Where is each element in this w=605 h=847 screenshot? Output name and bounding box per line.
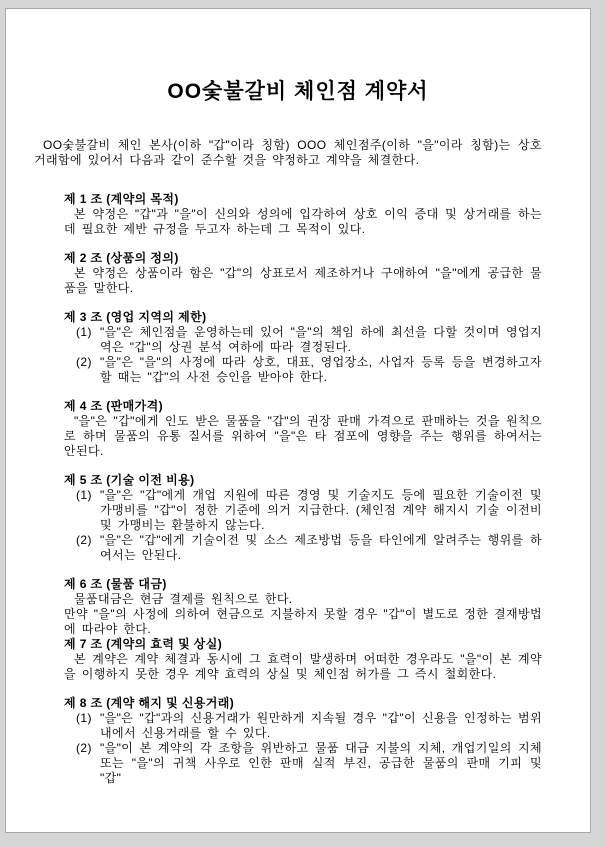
item-number: (1) [76,325,100,355]
list-item: (2) "을"은 "을"의 사정에 따라 상호, 대표, 영업장소, 사업자 등… [64,355,542,385]
article-4: 제 4 조 (판매가격) "을"은 "갑"에게 인도 받은 물품을 "갑"의 권… [64,399,542,459]
article-8: 제 8 조 (계약 해지 및 신용거래) (1) "을"은 "갑"과의 신용거래… [64,696,542,786]
article-heading: 제 1 조 (계약의 목적) [64,192,542,207]
articles-section: 제 1 조 (계약의 목적) 본 약정은 "갑"과 "을"이 신의와 성의에 입… [64,192,542,786]
item-text: "을"은 "을"의 사정에 따라 상호, 대표, 영업장소, 사업자 등록 등을… [100,355,542,385]
list-item: (2) "을"은 "갑"에게 기술이전 및 소스 제조방법 등을 타인에게 알려… [64,533,542,563]
article-heading: 제 8 조 (계약 해지 및 신용거래) [64,696,542,711]
article-heading: 제 4 조 (판매가격) [64,399,542,414]
article-3: 제 3 조 (영업 지역의 제한) (1) "을"은 체인점을 운영하는데 있어… [64,310,542,385]
article-paragraph: 물품대금은 현금 결제를 원칙으로 한다. [64,592,542,607]
article-heading: 제 7 조 (계약의 효력 및 상실) [64,637,542,652]
article-heading: 제 6 조 (물품 대금) [64,577,542,592]
document-page: OO숯불갈비 체인점 계약서 OO숯불갈비 체인 본사(이하 "갑"이라 칭함)… [5,8,591,833]
list-item: (1) "을"은 "갑"과의 신용거래가 원만하게 지속될 경우 "갑"이 신용… [64,711,542,741]
article-paragraph: 만약 "을"의 사정에 의하여 현금으로 지불하지 못할 경우 "갑"이 별도로… [64,607,542,637]
item-number: (2) [76,741,100,786]
item-number: (2) [76,355,100,385]
item-text: "을"은 "갑"과의 신용거래가 원만하게 지속될 경우 "갑"이 신용을 인정… [100,711,542,741]
article-paragraph: "을"은 "갑"에게 인도 받은 물품을 "갑"의 권장 판매 가격으로 판매하… [64,414,542,459]
article-paragraph: 본 계약은 계약 체결과 동시에 그 효력이 발생하며 어떠한 경우라도 "을"… [64,652,542,682]
item-number: (1) [76,488,100,533]
article-5: 제 5 조 (기술 이전 비용) (1) "을"은 "갑"에게 개업 지원에 따… [64,473,542,563]
document-title: OO숯불갈비 체인점 계약서 [34,79,562,105]
article-paragraph: 본 약정은 상품이라 함은 "갑"의 상표로서 제조하거나 구애하여 "을"에게… [64,266,542,296]
item-number: (2) [76,533,100,563]
list-item: (1) "을"은 체인점을 운영하는데 있어 "을"의 책임 하에 최선을 다할… [64,325,542,355]
article-heading: 제 3 조 (영업 지역의 제한) [64,310,542,325]
article-heading: 제 5 조 (기술 이전 비용) [64,473,542,488]
item-text: "을"은 "갑"에게 개업 지원에 따른 경영 및 기술지도 등에 필요한 기술… [100,488,542,533]
list-item: (2) "을"이 본 계약의 각 조항을 위반하고 물품 대금 지불의 지체, … [64,741,542,786]
item-text: "을"은 체인점을 운영하는데 있어 "을"의 책임 하에 최선을 다할 것이며… [100,325,542,355]
article-6: 제 6 조 (물품 대금) 물품대금은 현금 결제를 원칙으로 한다. 만약 "… [64,577,542,637]
article-1: 제 1 조 (계약의 목적) 본 약정은 "갑"과 "을"이 신의와 성의에 입… [64,192,542,237]
article-paragraph: 본 약정은 "갑"과 "을"이 신의와 성의에 입각하여 상호 이익 증대 및 … [64,207,542,237]
intro-paragraph: OO숯불갈비 체인 본사(이하 "갑"이라 칭함) OOO 체인점주(이하 "을… [34,138,542,168]
article-7: 제 7 조 (계약의 효력 및 상실) 본 계약은 계약 체결과 동시에 그 효… [64,637,542,682]
item-text: "을"은 "갑"에게 기술이전 및 소스 제조방법 등을 타인에게 알려주는 행… [100,533,542,563]
list-item: (1) "을"은 "갑"에게 개업 지원에 따른 경영 및 기술지도 등에 필요… [64,488,542,533]
article-2: 제 2 조 (상품의 정의) 본 약정은 상품이라 함은 "갑"의 상표로서 제… [64,251,542,296]
item-number: (1) [76,711,100,741]
item-text: "을"이 본 계약의 각 조항을 위반하고 물품 대금 지불의 지체, 개업기일… [100,741,542,786]
article-heading: 제 2 조 (상품의 정의) [64,251,542,266]
